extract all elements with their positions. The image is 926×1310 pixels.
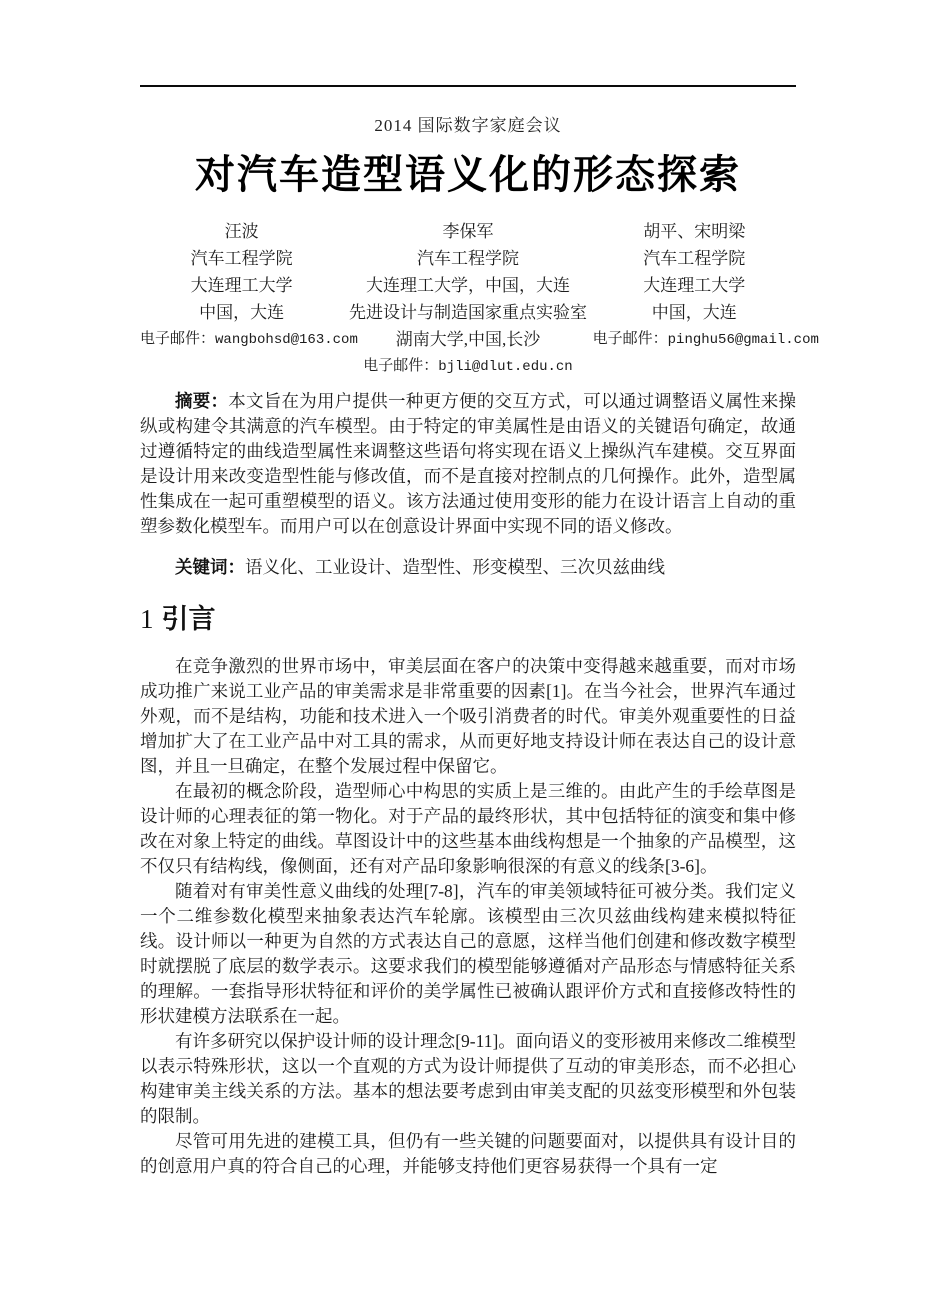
- author-column-3: 胡平、宋明梁 汽车工程学院 大连理工大学 中国，大连 电子邮件：pinghu56…: [593, 218, 796, 381]
- author-affiliation: 先进设计与制造国家重点实验室: [343, 299, 592, 326]
- keywords-label: 关键词：: [175, 557, 245, 577]
- email-label: 电子邮件：: [363, 358, 438, 374]
- author-affiliation: 汽车工程学院: [140, 245, 343, 272]
- author-affiliation: 大连理工大学: [593, 272, 796, 299]
- intro-paragraph-2: 在最初的概念阶段，造型师心中构思的实质上是三维的。由此产生的手绘草图是设计师的心…: [140, 779, 796, 879]
- section-1-heading: 1引言: [140, 604, 796, 634]
- header-rule: [140, 85, 796, 87]
- abstract-text: 本文旨在为用户提供一种更方便的交互方式，可以通过调整语义属性来操纵或构建令其满意…: [140, 391, 796, 536]
- authors-block: 汪波 汽车工程学院 大连理工大学 中国，大连 电子邮件：wangbohsd@16…: [140, 218, 796, 381]
- author-email-line: 电子邮件：bjli@dlut.edu.cn: [343, 353, 592, 381]
- document-page: 2014 国际数字家庭会议 对汽车造型语义化的形态探索 汪波 汽车工程学院 大连…: [0, 0, 926, 1310]
- author-affiliation: 中国，大连: [140, 299, 343, 326]
- author-email-line: 电子邮件：wangbohsd@163.com: [140, 326, 343, 354]
- intro-paragraph-4: 有许多研究以保护设计师的设计理念[9-11]。面向语义的变形被用来修改二维模型以…: [140, 1029, 796, 1129]
- author-affiliation: 湖南大学,中国,长沙: [343, 326, 592, 353]
- author-affiliation: 汽车工程学院: [343, 245, 592, 272]
- author-email: bjli@dlut.edu.cn: [438, 359, 572, 375]
- keywords-line: 关键词：语义化、工业设计、造型性、形变模型、三次贝兹曲线: [140, 555, 796, 580]
- intro-paragraph-1: 在竞争激烈的世界市场中，审美层面在客户的决策中变得越来越重要，而对市场成功推广来…: [140, 654, 796, 779]
- email-label: 电子邮件：: [593, 331, 668, 347]
- author-affiliation: 汽车工程学院: [593, 245, 796, 272]
- author-column-2: 李保军 汽车工程学院 大连理工大学，中国，大连 先进设计与制造国家重点实验室 湖…: [343, 218, 592, 381]
- author-email: pinghu56@gmail.com: [668, 332, 819, 348]
- section-number: 1: [140, 604, 154, 634]
- conference-name: 2014 国际数字家庭会议: [140, 111, 796, 136]
- author-email: wangbohsd@163.com: [215, 332, 358, 348]
- author-affiliation: 大连理工大学: [140, 272, 343, 299]
- author-affiliation: 大连理工大学，中国，大连: [343, 272, 592, 299]
- author-email-line: 电子邮件：pinghu56@gmail.com: [593, 326, 796, 354]
- author-affiliation: 中国，大连: [593, 299, 796, 326]
- email-label: 电子邮件：: [140, 331, 215, 347]
- author-name: 李保军: [343, 218, 592, 245]
- paper-title: 对汽车造型语义化的形态探索: [140, 152, 796, 198]
- section-title: 引言: [162, 604, 216, 634]
- intro-paragraph-3: 随着对有审美性意义曲线的处理[7-8]，汽车的审美领域特征可被分类。我们定义一个…: [140, 879, 796, 1029]
- page-content: 2014 国际数字家庭会议 对汽车造型语义化的形态探索 汪波 汽车工程学院 大连…: [140, 0, 796, 1179]
- author-name: 胡平、宋明梁: [593, 218, 796, 245]
- intro-paragraph-5: 尽管可用先进的建模工具，但仍有一些关键的问题要面对，以提供具有设计目的的创意用户…: [140, 1129, 796, 1179]
- abstract-label: 摘要：: [175, 391, 228, 411]
- author-column-1: 汪波 汽车工程学院 大连理工大学 中国，大连 电子邮件：wangbohsd@16…: [140, 218, 343, 381]
- author-name: 汪波: [140, 218, 343, 245]
- keywords-text: 语义化、工业设计、造型性、形变模型、三次贝兹曲线: [245, 557, 665, 577]
- abstract-paragraph: 摘要：本文旨在为用户提供一种更方便的交互方式，可以通过调整语义属性来操纵或构建令…: [140, 389, 796, 539]
